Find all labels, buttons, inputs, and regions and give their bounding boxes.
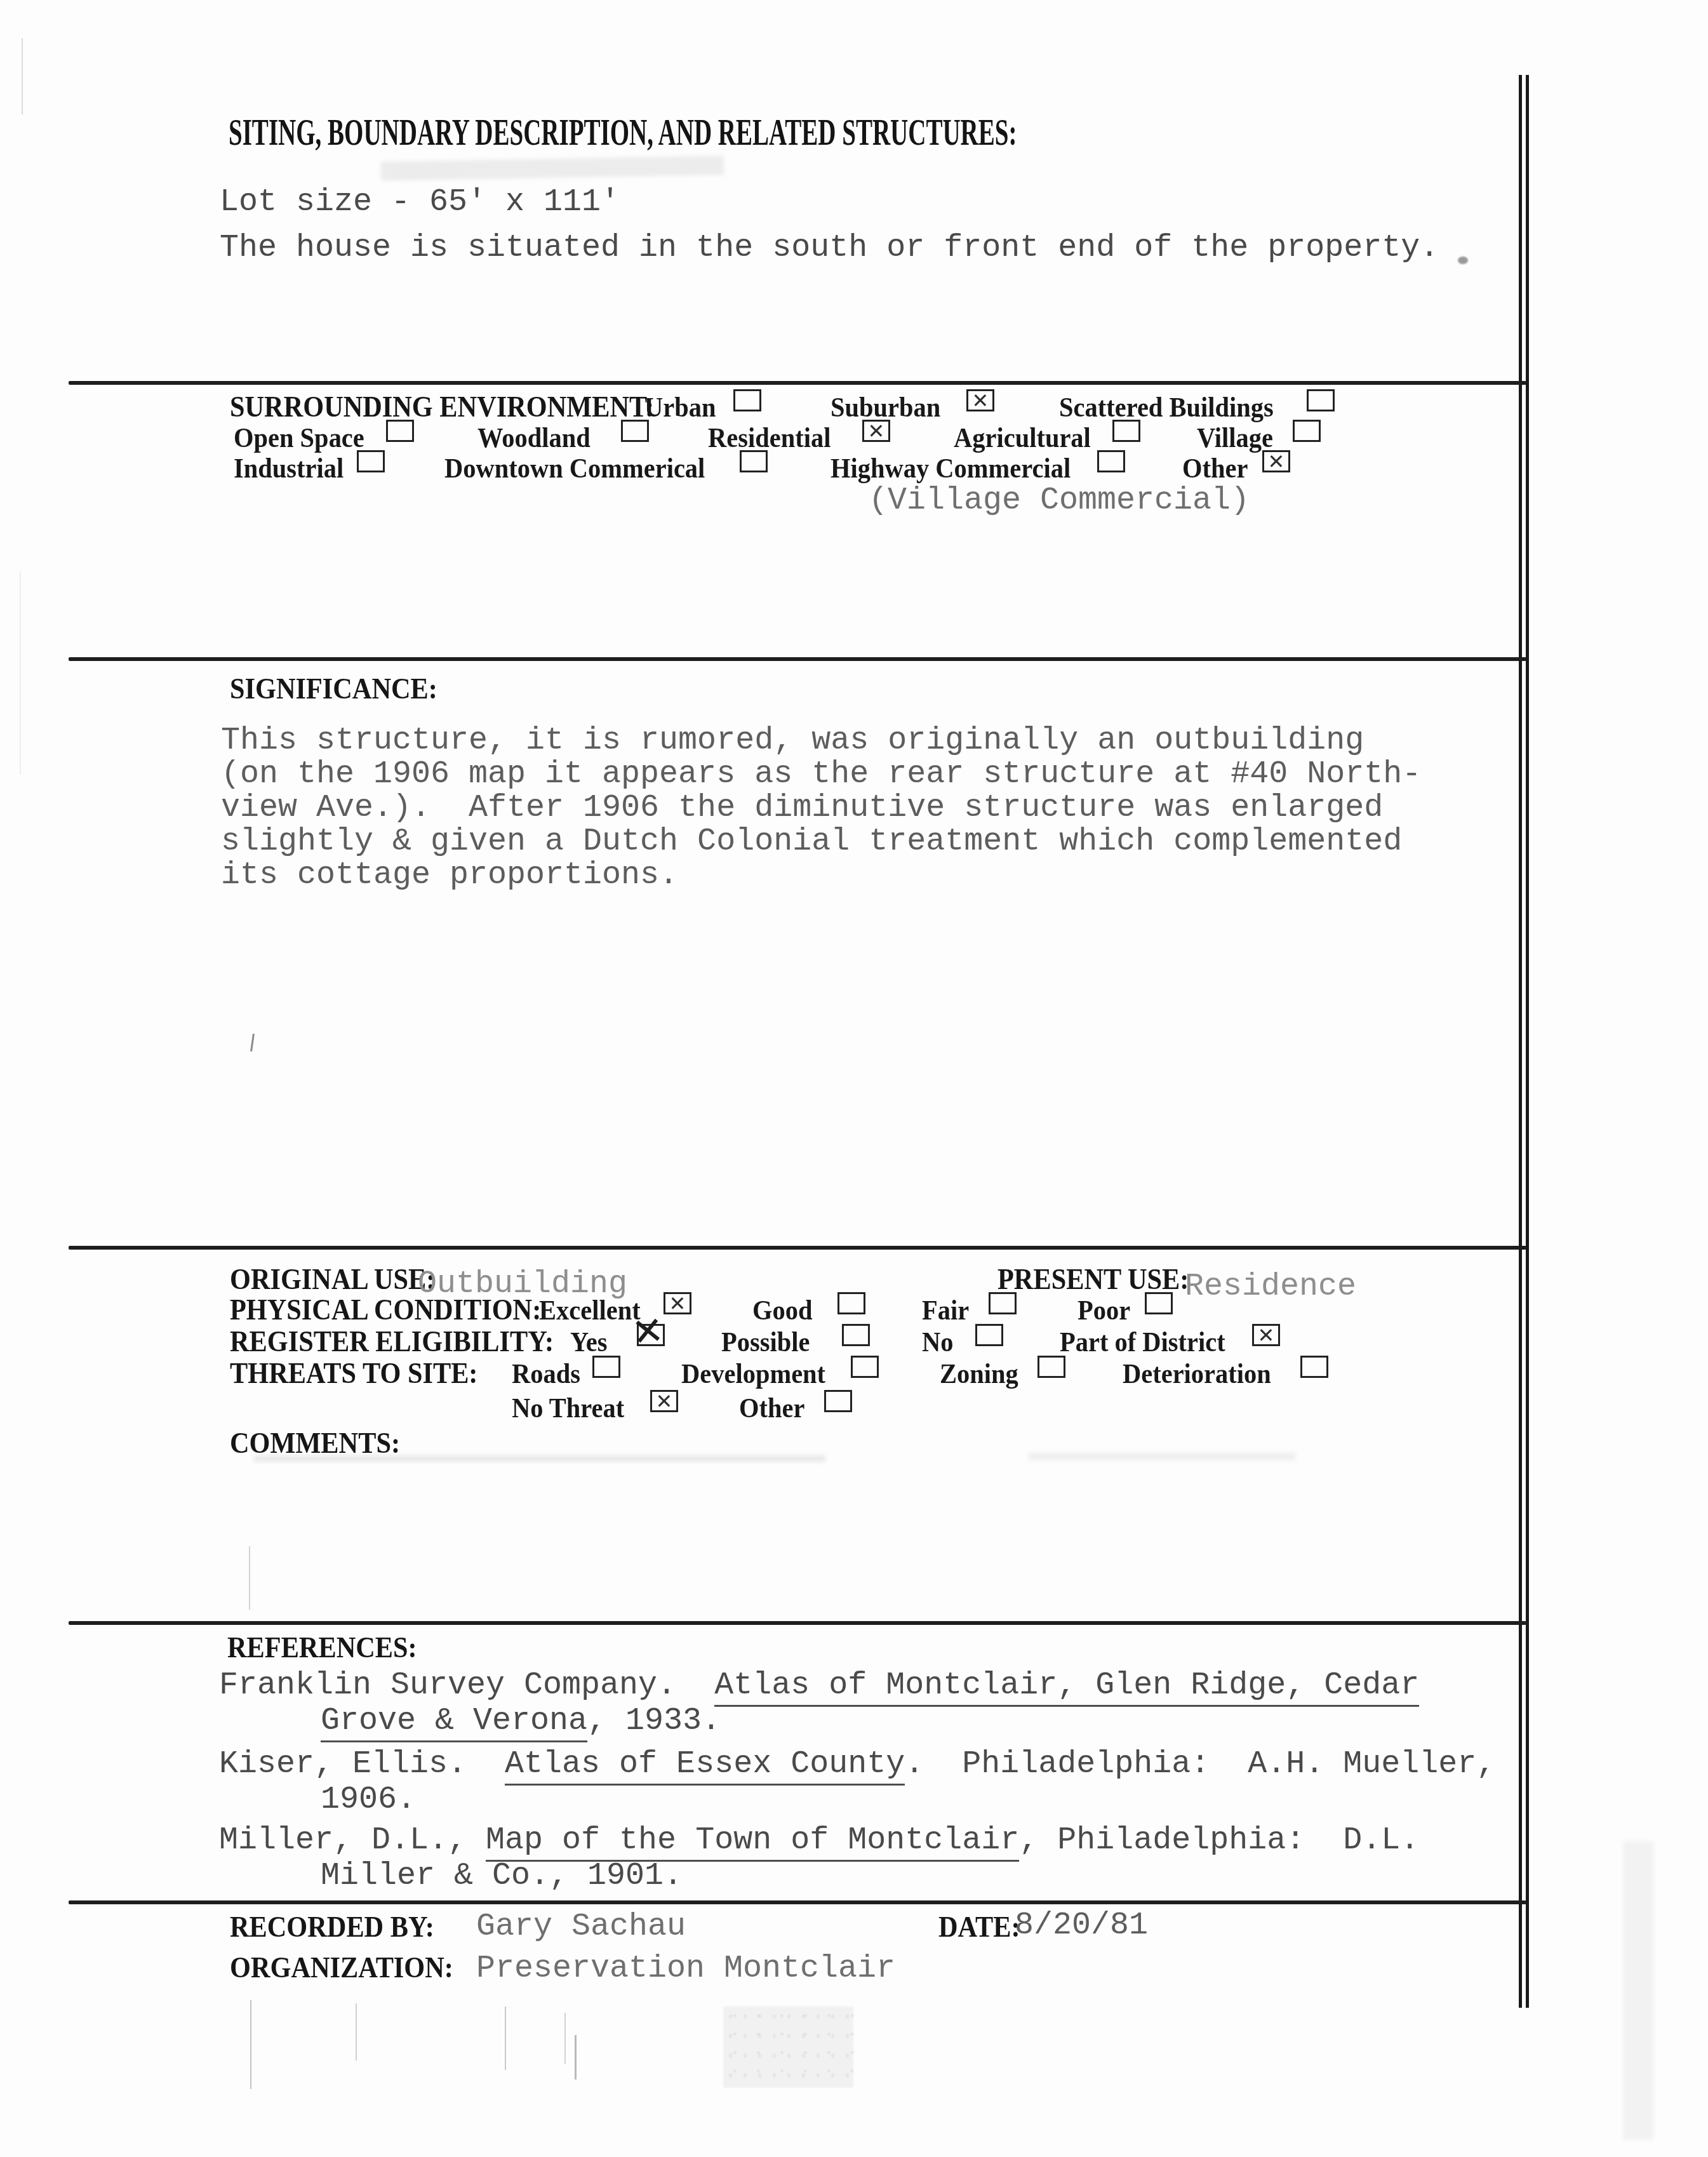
condition-fair-label: Fair bbox=[922, 1297, 969, 1325]
scan-artifact bbox=[22, 38, 23, 114]
env-option-village-checkbox[interactable] bbox=[1293, 420, 1321, 442]
env-option-downtown-commerical-label: Downtown Commerical bbox=[444, 455, 705, 483]
env-option-urban-label: Urban bbox=[644, 394, 716, 422]
checkbox-mark: ✕ bbox=[635, 1321, 661, 1342]
env-option-scattered-buildings-checkbox[interactable] bbox=[1307, 389, 1335, 411]
checkbox-mark bbox=[623, 422, 647, 440]
citation-2-line-1: Kiser, Ellis. Atlas of Essex County. Phi… bbox=[219, 1747, 1495, 1781]
present-use-value: Residence bbox=[1185, 1270, 1356, 1304]
scan-artifact bbox=[356, 2003, 357, 2060]
threat-no-threat-checkbox[interactable]: ✕ bbox=[650, 1390, 678, 1412]
threat-zoning-checkbox[interactable] bbox=[1037, 1356, 1065, 1378]
register-possible-label: Possible bbox=[721, 1328, 810, 1356]
scan-artifact bbox=[505, 2007, 506, 2070]
register-yes-label: Yes bbox=[570, 1328, 607, 1356]
lot-size-value: Lot size - 65' x 111' bbox=[220, 185, 620, 219]
section-divider-3 bbox=[69, 1246, 1526, 1250]
siting-description-value: The house is situated in the south or fr… bbox=[220, 231, 1439, 265]
threat-roads-checkbox[interactable] bbox=[592, 1356, 620, 1378]
section-divider-2 bbox=[69, 657, 1526, 661]
register-yes-checkbox[interactable]: ✕ bbox=[637, 1324, 665, 1346]
checkbox-mark bbox=[1147, 1294, 1171, 1312]
checkbox-mark bbox=[826, 1392, 850, 1410]
threat-zoning-label: Zoning bbox=[940, 1360, 1018, 1388]
env-option-highway-commercial-label: Highway Commercial bbox=[831, 455, 1071, 483]
env-option-industrial-label: Industrial bbox=[234, 455, 344, 483]
citation-3-line-2: Miller & Co., 1901. bbox=[321, 1859, 683, 1893]
checkbox-mark bbox=[1302, 1358, 1326, 1376]
section-divider-5 bbox=[69, 1900, 1526, 1904]
original-use-label: ORIGINAL USE: bbox=[230, 1265, 435, 1294]
env-option-open-space-checkbox[interactable] bbox=[386, 420, 414, 442]
checkbox-mark bbox=[359, 452, 383, 471]
significance-label: SIGNIFICANCE: bbox=[230, 674, 437, 704]
threat-roads-label: Roads bbox=[512, 1360, 580, 1388]
scan-artifact bbox=[20, 571, 21, 775]
env-option-residential-label: Residential bbox=[708, 424, 831, 452]
scan-artifact bbox=[575, 2035, 577, 2080]
threat-no-threat-label: No Threat bbox=[512, 1394, 624, 1422]
references-label: REFERENCES: bbox=[227, 1633, 417, 1662]
threat-deterioration-label: Deterioration bbox=[1123, 1360, 1271, 1388]
register-part-of-district-label: Part of District bbox=[1060, 1328, 1225, 1356]
env-option-woodland-label: Woodland bbox=[477, 424, 590, 452]
checkbox-mark bbox=[388, 422, 412, 440]
citation-1-line-2: Grove & Verona, 1933. bbox=[321, 1704, 721, 1738]
env-option-suburban-checkbox[interactable]: ✕ bbox=[966, 389, 994, 411]
scan-artifact bbox=[1029, 1453, 1295, 1460]
register-possible-checkbox[interactable] bbox=[842, 1324, 870, 1346]
env-option-scattered-buildings-label: Scattered Buildings bbox=[1059, 394, 1274, 422]
env-option-urban-checkbox[interactable] bbox=[733, 389, 761, 411]
env-option-industrial-checkbox[interactable] bbox=[357, 450, 385, 472]
env-option-other-checkbox[interactable]: ✕ bbox=[1262, 450, 1290, 472]
env-option-woodland-checkbox[interactable] bbox=[621, 420, 649, 442]
condition-excellent-checkbox[interactable]: ✕ bbox=[664, 1292, 691, 1314]
date-label: DATE: bbox=[938, 1913, 1020, 1942]
checkbox-mark bbox=[742, 452, 766, 471]
scan-artifact bbox=[1458, 257, 1468, 264]
checkbox-mark bbox=[991, 1294, 1015, 1312]
checkbox-mark bbox=[977, 1326, 1001, 1344]
checkbox-mark: ✕ bbox=[1264, 452, 1288, 471]
citation-3-line-1: Miller, D.L., Map of the Town of Montcla… bbox=[219, 1824, 1419, 1857]
checkbox-mark bbox=[853, 1358, 877, 1376]
citation-1-line-1: Franklin Survey Company. Atlas of Montcl… bbox=[219, 1669, 1419, 1702]
section-divider-1 bbox=[69, 381, 1526, 385]
env-option-agricultural-checkbox[interactable] bbox=[1112, 420, 1140, 442]
significance-text: This structure, it is rumored, was origi… bbox=[221, 724, 1421, 892]
checkbox-mark bbox=[844, 1326, 868, 1344]
checkbox-mark: ✕ bbox=[652, 1392, 676, 1410]
organization-label: ORGANIZATION: bbox=[230, 1953, 453, 1982]
checkbox-mark: ✕ bbox=[864, 422, 888, 440]
threat-other-checkbox[interactable] bbox=[824, 1390, 852, 1412]
present-use-label: PRESENT USE: bbox=[997, 1265, 1189, 1294]
scan-artifact bbox=[381, 156, 724, 180]
condition-poor-label: Poor bbox=[1078, 1297, 1130, 1325]
scan-artifact bbox=[250, 2000, 251, 2089]
checkbox-mark: ✕ bbox=[665, 1294, 690, 1312]
threats-to-site-label: THREATS TO SITE: bbox=[230, 1359, 477, 1388]
env-option-agricultural-label: Agricultural bbox=[954, 424, 1091, 452]
citation-2-line-2: 1906. bbox=[321, 1783, 416, 1817]
scan-artifact bbox=[723, 2007, 853, 2088]
condition-good-label: Good bbox=[752, 1297, 812, 1325]
page-border-right-outer bbox=[1519, 75, 1522, 2008]
env-option-open-space-label: Open Space bbox=[234, 424, 364, 452]
env-option-highway-commercial-checkbox[interactable] bbox=[1097, 450, 1125, 472]
env-option-village-label: Village bbox=[1197, 424, 1273, 452]
condition-good-checkbox[interactable] bbox=[837, 1292, 865, 1314]
checkbox-mark: ✕ bbox=[968, 391, 992, 410]
scan-artifact bbox=[1623, 1841, 1653, 2140]
register-part-of-district-checkbox[interactable]: ✕ bbox=[1252, 1324, 1280, 1346]
recorded-by-value: Gary Sachau bbox=[476, 1910, 686, 1944]
checkbox-mark bbox=[839, 1294, 864, 1312]
checkbox-mark bbox=[1309, 391, 1333, 410]
comments-label: COMMENTS: bbox=[230, 1429, 400, 1458]
date-value: 8/20/81 bbox=[1015, 1909, 1148, 1942]
checkbox-mark bbox=[1099, 452, 1123, 471]
env-option-downtown-commerical-checkbox[interactable] bbox=[740, 450, 768, 472]
threat-deterioration-checkbox[interactable] bbox=[1300, 1356, 1328, 1378]
register-eligibility-label: REGISTER ELIGIBILITY: bbox=[230, 1327, 554, 1356]
threat-development-label: Development bbox=[681, 1360, 825, 1388]
condition-fair-checkbox[interactable] bbox=[989, 1292, 1017, 1314]
threat-other-label: Other bbox=[739, 1394, 804, 1422]
checkbox-mark bbox=[1039, 1358, 1064, 1376]
organization-value: Preservation Montclair bbox=[476, 1952, 895, 1986]
env-option-suburban-label: Suburban bbox=[831, 394, 940, 422]
register-no-checkbox[interactable] bbox=[975, 1324, 1003, 1346]
siting-section-heading: SITING, BOUNDARY DESCRIPTION, AND RELATE… bbox=[229, 113, 1017, 151]
condition-excellent-label: Excellent bbox=[539, 1297, 641, 1325]
recorded-by-label: RECORDED BY: bbox=[230, 1913, 434, 1942]
env-option-residential-checkbox[interactable]: ✕ bbox=[862, 420, 890, 442]
surrounding-environment-label: SURROUNDING ENVIRONMENT: bbox=[230, 392, 654, 422]
checkbox-mark bbox=[594, 1358, 618, 1376]
threat-development-checkbox[interactable] bbox=[851, 1356, 879, 1378]
checkbox-mark bbox=[1295, 422, 1319, 440]
section-divider-4 bbox=[69, 1621, 1526, 1625]
register-no-label: No bbox=[922, 1328, 953, 1356]
env-option-other-label: Other bbox=[1182, 455, 1248, 483]
physical-condition-label: PHYSICAL CONDITION: bbox=[230, 1295, 541, 1325]
scan-artifact bbox=[564, 2013, 566, 2064]
condition-poor-checkbox[interactable] bbox=[1145, 1292, 1173, 1314]
checkbox-mark bbox=[735, 391, 759, 410]
scan-artifact bbox=[249, 1546, 250, 1610]
checkbox-mark bbox=[1114, 422, 1138, 440]
scan-artifact bbox=[250, 1034, 255, 1052]
environment-other-note: (Village Commercial) bbox=[869, 484, 1250, 518]
survey-form-page: SITING, BOUNDARY DESCRIPTION, AND RELATE… bbox=[0, 0, 1708, 2157]
page-border-right-inner bbox=[1526, 75, 1529, 2008]
checkbox-mark: ✕ bbox=[1254, 1326, 1278, 1344]
